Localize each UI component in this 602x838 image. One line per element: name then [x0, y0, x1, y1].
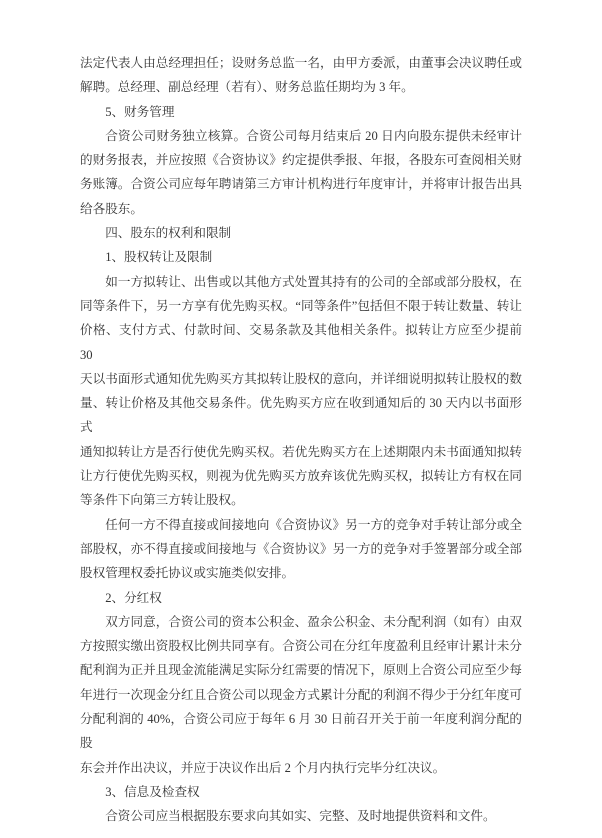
- text-line: 如一方拟转让、出售或以其他方式处置其持有的公司的全部或部分股权，在: [80, 270, 522, 294]
- document-body: 法定代表人由总经理担任；设财务总监一名，由甲方委派，由董事会决议聘任或 解聘。总…: [80, 51, 522, 829]
- heading-5-financial-management: 5、财务管理: [80, 100, 522, 124]
- text-line: 部股权，亦不得直接或间接地与《合资协议》另一方的竞争对手签署部分或全部: [80, 537, 522, 561]
- text-line: 天以书面形式通知优先购买方其拟转让股权的意向，并详细说明拟转让股权的数: [80, 367, 522, 391]
- text-line: 年进行一次现金分红且合资公司以现金方式累计分配的利润不得少于分红年度可: [80, 683, 522, 707]
- text-line: 同等条件下，另一方享有优先购买权。“同等条件”包括但不限于转让数量、转让: [80, 294, 522, 318]
- text-line: 解聘。总经理、副总经理（若有）、财务总监任期均为 3 年。: [80, 75, 522, 99]
- text-line: 的财务报表，并应按照《合资协议》约定提供季报、年报，各股东可查阅相关财: [80, 148, 522, 172]
- text-line: 量、转让价格及其他交易条件。优先购买方应在收到通知后的 30 天内以书面形式: [80, 391, 522, 440]
- text-line: 让方行使优先购买权，则视为优先购买方放弃该优先购买权，拟转让方有权在同: [80, 464, 522, 488]
- text-line: 双方同意，合资公司的资本公积金、盈余公积金、未分配利润（如有）由双: [80, 610, 522, 634]
- text-line: 配利润为正并且现金流能满足实际分红需要的情况下，原则上合资公司应至少每: [80, 658, 522, 682]
- text-line: 任何一方不得直接或间接地向《合资协议》另一方的竞争对手转让部分或全: [80, 513, 522, 537]
- document-page: 法定代表人由总经理担任；设财务总监一名，由甲方委派，由董事会决议聘任或 解聘。总…: [0, 0, 602, 838]
- text-line: 务账簿。合资公司应每年聘请第三方审计机构进行年度审计，并将审计报告出具: [80, 172, 522, 196]
- text-line: 合资公司财务独立核算。合资公司每月结束后 20 日内向股东提供未经审计: [80, 124, 522, 148]
- heading-section-4-shareholder-rights: 四、股东的权利和限制: [80, 221, 522, 245]
- text-line: 分配利润的 40%，合资公司应于每年 6 月 30 日前召开关于前一年度利润分配…: [80, 707, 522, 756]
- text-line: 合资公司应当根据股东要求向其如实、完整、及时地提供资料和文件。: [80, 804, 522, 828]
- text-line: 价格、支付方式、付款时间、交易条款及其他相关条件。拟转让方应至少提前 30: [80, 318, 522, 367]
- text-line: 东会并作出决议，并应于决议作出后 2 个月内执行完毕分红决议。: [80, 756, 522, 780]
- text-line: 方按照实缴出资股权比例共同享有。合资公司在分红年度盈利且经审计累计未分: [80, 634, 522, 658]
- heading-3-information-inspection-right: 3、信息及检查权: [80, 780, 522, 804]
- heading-2-dividend-right: 2、分红权: [80, 586, 522, 610]
- heading-1-equity-transfer: 1、股权转让及限制: [80, 245, 522, 269]
- text-line: 等条件下向第三方转让股权。: [80, 488, 522, 512]
- text-line: 通知拟转让方是否行使优先购买权。若优先购买方在上述期限内未书面通知拟转: [80, 440, 522, 464]
- text-line: 给各股东。: [80, 197, 522, 221]
- text-line: 法定代表人由总经理担任；设财务总监一名，由甲方委派，由董事会决议聘任或: [80, 51, 522, 75]
- text-line: 股权管理权委托协议或实施类似安排。: [80, 561, 522, 585]
